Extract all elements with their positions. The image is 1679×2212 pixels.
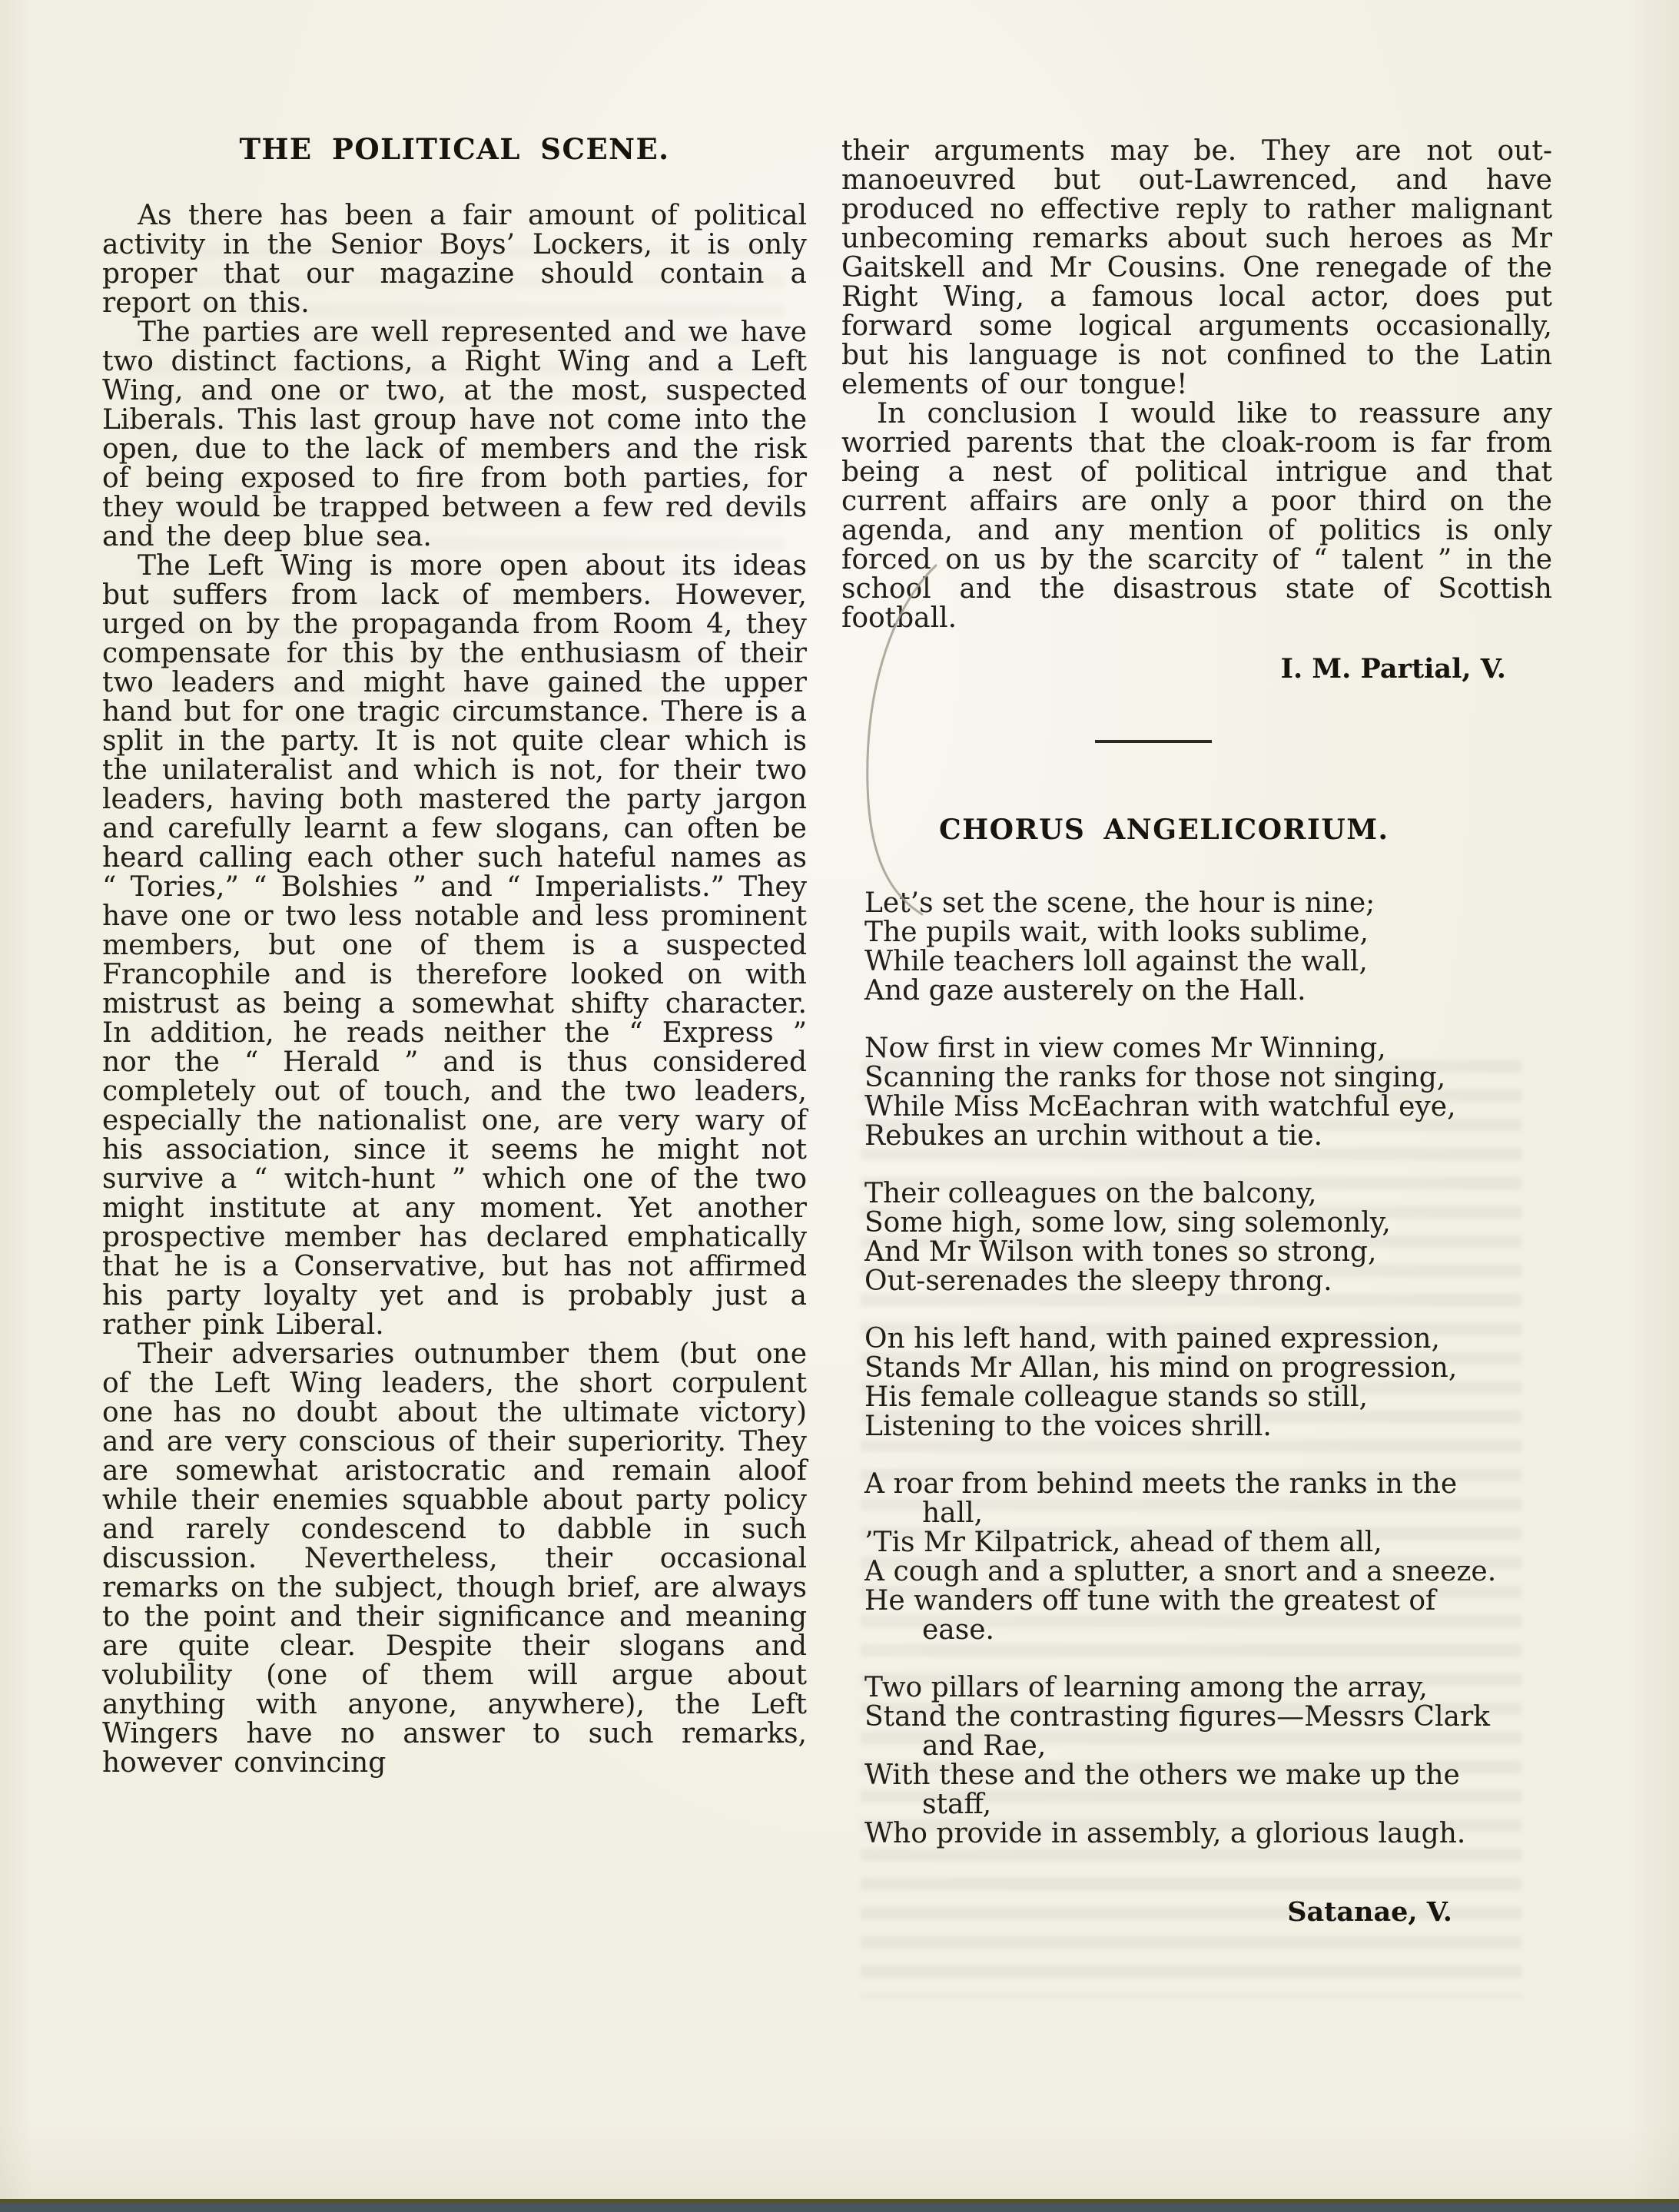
- poem-line: ease.: [864, 1616, 1552, 1645]
- stanza: Let’s set the scene, the hour is nine; T…: [864, 889, 1552, 1006]
- poem-line: On his left hand, with pained expression…: [864, 1325, 1552, 1354]
- right-column: their arguments may be. They are not out…: [841, 137, 1552, 1928]
- poem-line: The pupils wait, with looks sublime,: [864, 918, 1552, 947]
- poem-line: Listening to the voices shrill.: [864, 1412, 1552, 1441]
- poem-line: Stands Mr Allan, his mind on progression…: [864, 1354, 1552, 1383]
- section-divider: [1095, 740, 1212, 743]
- poem-signature: Satanae, V.: [841, 1896, 1552, 1928]
- poem-line: Two pillars of learning among the array,: [864, 1673, 1552, 1703]
- poem-line: With these and the others we make up the: [864, 1761, 1552, 1790]
- poem-line: Scanning the ranks for those not singing…: [864, 1063, 1552, 1093]
- poem-line: Let’s set the scene, the hour is nine;: [864, 889, 1552, 918]
- stanza: A roar from behind meets the ranks in th…: [864, 1470, 1552, 1645]
- poem-line: Who provide in assembly, a glorious laug…: [864, 1819, 1552, 1849]
- article-title-political-scene: THE POLITICAL SCENE.: [102, 132, 807, 166]
- paragraph: In conclusion I would like to reassure a…: [841, 400, 1552, 633]
- stanza: Two pillars of learning among the array,…: [864, 1673, 1552, 1849]
- poem-line: While teachers loll against the wall,: [864, 947, 1552, 977]
- poem-line: A cough and a splutter, a snort and a sn…: [864, 1557, 1552, 1587]
- paragraph: The Left Wing is more open about its ide…: [102, 552, 807, 1340]
- poem-line: Stand the contrasting figures—Messrs Cla…: [864, 1703, 1552, 1732]
- article-signature: I. M. Partial, V.: [841, 653, 1552, 685]
- paragraph: The parties are well represented and we …: [102, 318, 807, 552]
- paragraph: Their adversaries outnumber them (but on…: [102, 1340, 807, 1778]
- poem-line: A roar from behind meets the ranks in th…: [864, 1470, 1552, 1499]
- poem-line: Some high, some low, sing solemonly,: [864, 1209, 1552, 1238]
- poem-line: His female colleague stands so still,: [864, 1383, 1552, 1412]
- paragraph: As there has been a fair amount of polit…: [102, 201, 807, 318]
- stanza: On his left hand, with pained expression…: [864, 1325, 1552, 1441]
- poem-line: While Miss McEachran with watchful eye,: [864, 1093, 1552, 1122]
- page-bottom-edge-bar: [0, 2203, 1679, 2212]
- left-column: THE POLITICAL SCENE. As there has been a…: [102, 132, 807, 1778]
- poem-line: Out-serenades the sleepy throng.: [864, 1267, 1552, 1296]
- paragraph-continuation: their arguments may be. They are not out…: [841, 137, 1552, 400]
- poem-line: staff,: [864, 1790, 1552, 1819]
- stanza: Now first in view comes Mr Winning, Scan…: [864, 1034, 1552, 1151]
- poem-line: And Mr Wilson with tones so strong,: [864, 1238, 1552, 1267]
- poem-line: ’Tis Mr Kilpatrick, ahead of them all,: [864, 1528, 1552, 1557]
- poem-line: Their colleagues on the balcony,: [864, 1179, 1552, 1209]
- magazine-page: { "colors": { "paper": "#f2efe3", "ink":…: [0, 0, 1679, 2212]
- poem-line: Now first in view comes Mr Winning,: [864, 1034, 1552, 1063]
- poem-line: and Rae,: [864, 1732, 1552, 1761]
- stanza: Their colleagues on the balcony, Some hi…: [864, 1179, 1552, 1296]
- poem-line: hall,: [864, 1499, 1552, 1528]
- poem-line: He wanders off tune with the greatest of: [864, 1587, 1552, 1616]
- article-title-chorus-angelicorium: CHORUS ANGELICORIUM.: [939, 814, 1552, 846]
- poem-line: And gaze austerely on the Hall.: [864, 977, 1552, 1006]
- poem: Let’s set the scene, the hour is nine; T…: [864, 889, 1552, 1849]
- poem-line: Rebukes an urchin without a tie.: [864, 1122, 1552, 1151]
